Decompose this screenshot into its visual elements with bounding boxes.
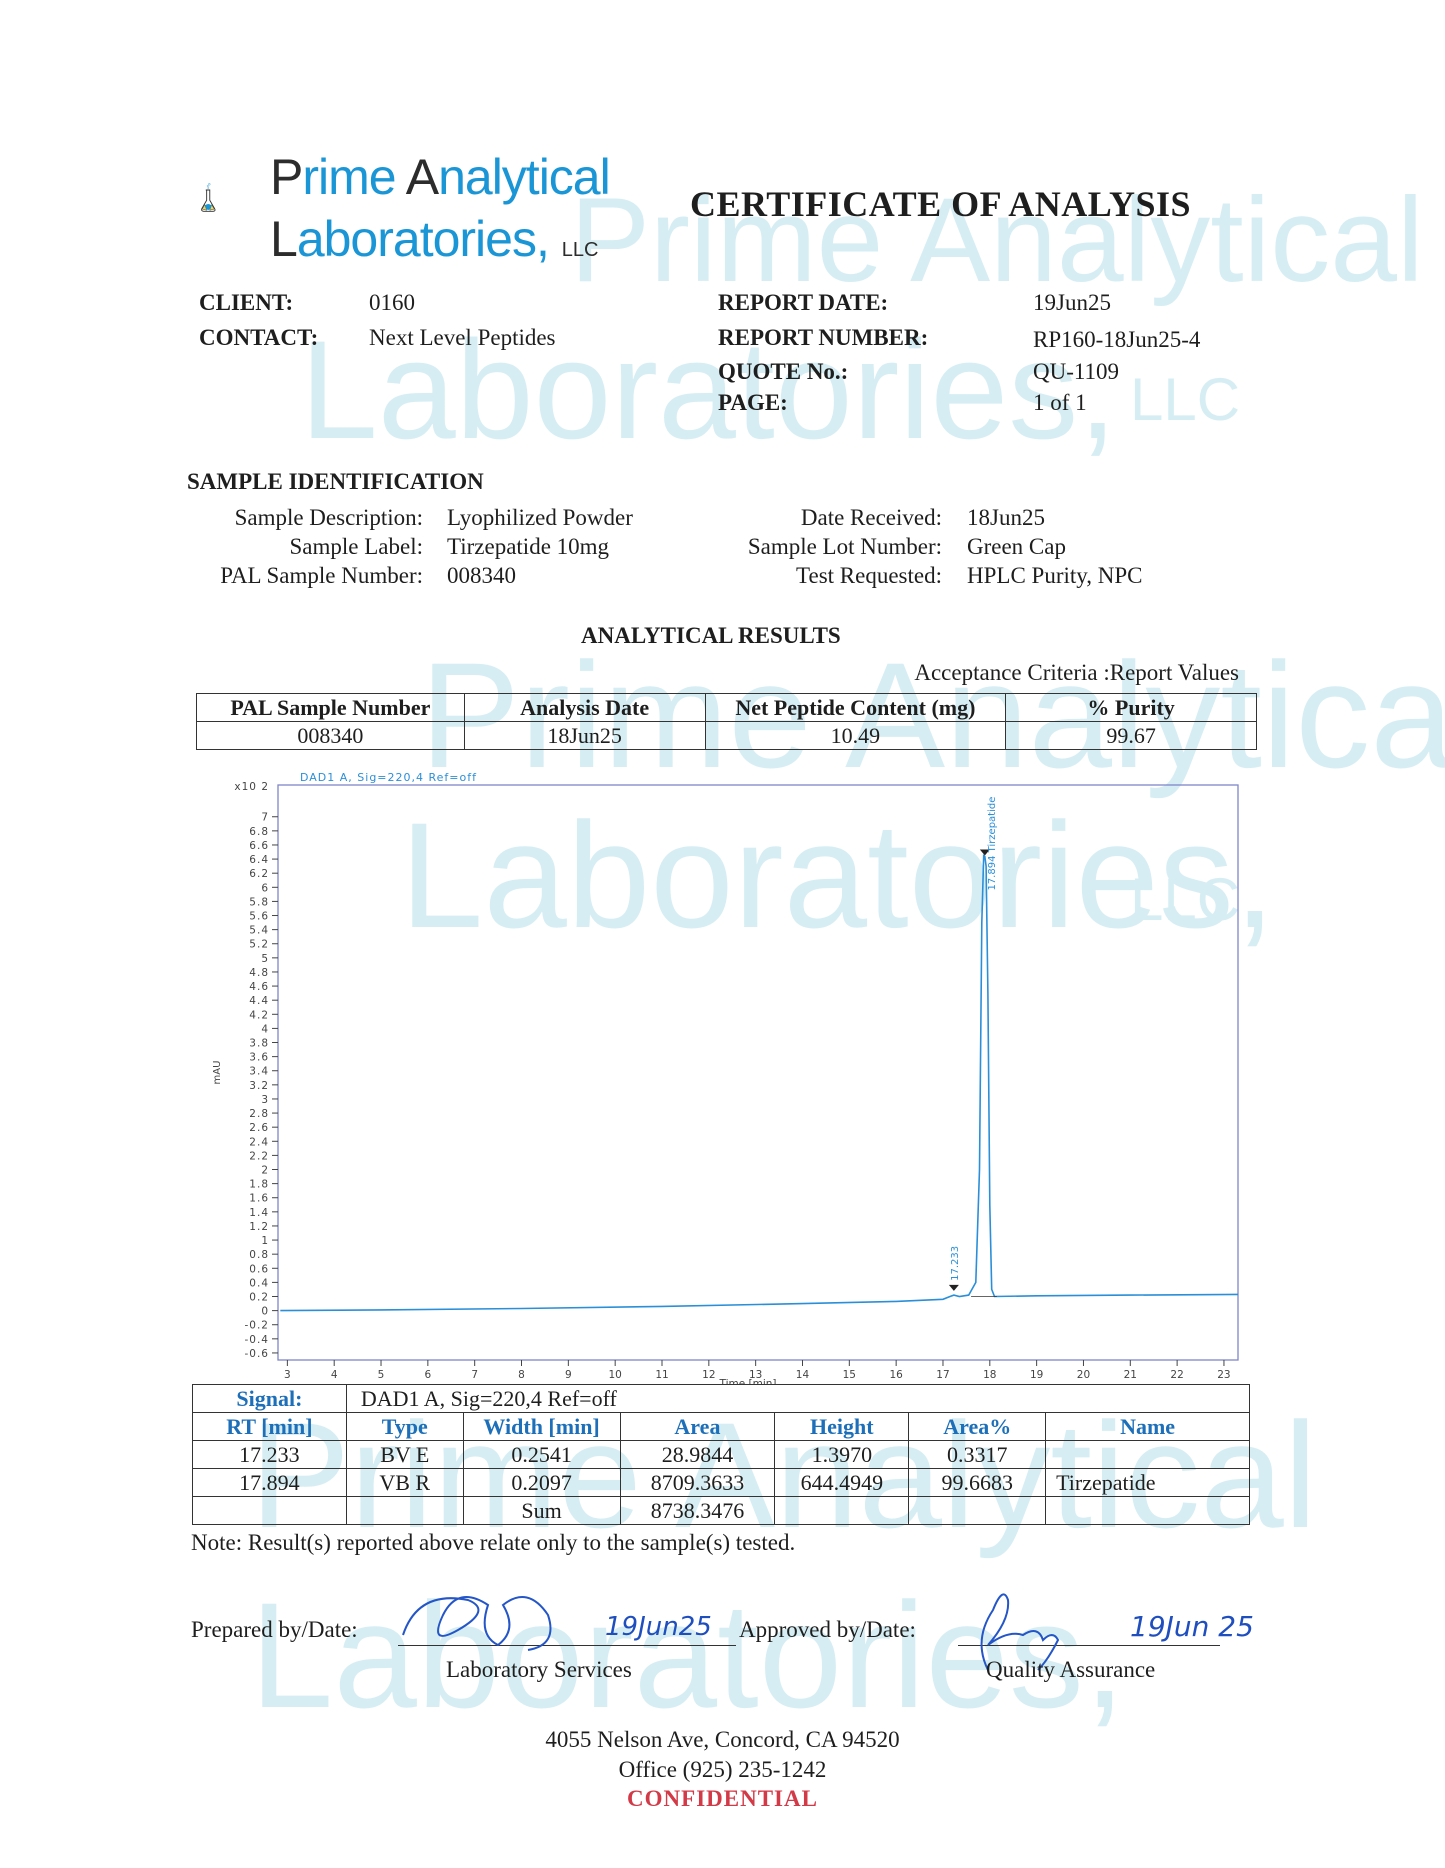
footer-phone: Office (925) 235-1242 (0, 1757, 1445, 1783)
sum-label: Sum (463, 1497, 620, 1525)
table-row: 008340 18Jun25 10.49 99.67 (197, 722, 1257, 750)
flask-logo-icon (200, 128, 280, 268)
x-tick-label: 9 (565, 1369, 572, 1381)
page-label: PAGE: (718, 390, 788, 416)
y-tick-label: -0.6 (245, 1348, 270, 1360)
table-cell (193, 1497, 347, 1525)
y-tick-label: 4 (261, 1023, 269, 1035)
pal-sample-number-label: PAL Sample Number: (220, 563, 423, 589)
peak-label: 17.894 Tirzepatide (987, 797, 998, 891)
table-cell: Tirzepatide (1046, 1469, 1250, 1497)
test-requested-label: Test Requested: (796, 563, 942, 589)
x-tick-label: 17 (936, 1369, 949, 1381)
table-cell: VB R (346, 1469, 463, 1497)
x-tick-label: 8 (518, 1369, 525, 1381)
y-tick-label: 5 (261, 953, 269, 965)
quote-label: QUOTE No.: (718, 359, 848, 385)
page-value: 1 of 1 (1033, 390, 1087, 416)
sample-label-value: Tirzepatide 10mg (447, 534, 609, 560)
sum-value: 8738.3476 (620, 1497, 775, 1525)
x-tick-label: 16 (889, 1369, 903, 1381)
column-header: RT [min] (193, 1413, 347, 1441)
contact-value: Next Level Peptides (369, 325, 556, 351)
logo-line1: Prime Analytical (270, 152, 610, 202)
table-cell: 0.2097 (463, 1469, 620, 1497)
table-cell: 0.3317 (909, 1441, 1046, 1469)
table-cell: 17.894 (193, 1469, 347, 1497)
x-tick-label: 7 (471, 1369, 478, 1381)
x-tick-label: 4 (331, 1369, 338, 1381)
prepared-date-handwritten: 19Jun25 (605, 1612, 712, 1642)
y-tick-label: -0.2 (245, 1320, 270, 1332)
table-cell: BV E (346, 1441, 463, 1469)
column-header: Area (620, 1413, 775, 1441)
document-title: CERTIFICATE OF ANALYSIS (690, 183, 1191, 225)
x-tick-label: 22 (1170, 1369, 1183, 1381)
y-tick-label: 3.4 (249, 1066, 269, 1078)
results-note: Note: Result(s) reported above relate on… (191, 1530, 795, 1556)
y-tick-label: 6.2 (249, 868, 269, 880)
x-tick-label: 11 (655, 1369, 668, 1381)
y-tick-label: 1.8 (249, 1179, 269, 1191)
table-cell: 28.9844 (620, 1441, 775, 1469)
y-tick-label: 0 (261, 1306, 269, 1318)
y-tick-label: 6.6 (249, 840, 269, 852)
x-tick-label: 10 (608, 1369, 621, 1381)
y-tick-label: 2.4 (249, 1136, 269, 1148)
contact-label: CONTACT: (199, 325, 318, 351)
column-header: Width [min] (463, 1413, 620, 1441)
confidential-label: CONFIDENTIAL (0, 1786, 1445, 1812)
table-cell (909, 1497, 1046, 1525)
table-row: 17.233 BV E 0.2541 28.9844 1.3970 0.3317 (193, 1441, 1250, 1469)
y-multiplier-label: x10 2 (234, 781, 269, 793)
client-value: 0160 (369, 290, 415, 316)
y-axis-label: mAU (212, 1061, 223, 1085)
y-tick-label: 3 (261, 1094, 269, 1106)
results-header-row: PAL Sample Number Analysis Date Net Pept… (197, 694, 1257, 722)
column-header: Type (346, 1413, 463, 1441)
x-tick-label: 21 (1124, 1369, 1137, 1381)
table-cell: 17.233 (193, 1441, 347, 1469)
table-cell (346, 1497, 463, 1525)
x-tick-label: 20 (1077, 1369, 1090, 1381)
y-tick-label: 2.2 (249, 1150, 269, 1162)
client-label: CLIENT: (199, 290, 293, 316)
column-header: Analysis Date (464, 694, 705, 722)
approved-date-handwritten: 19Jun 25 (1130, 1610, 1254, 1643)
column-header: Area% (909, 1413, 1046, 1441)
signal-row: Signal: DAD1 A, Sig=220,4 Ref=off (193, 1385, 1250, 1413)
analytical-results-heading: ANALYTICAL RESULTS (581, 623, 841, 649)
table-cell: 8709.3633 (620, 1469, 775, 1497)
table-row: 17.894 VB R 0.2097 8709.3633 644.4949 99… (193, 1469, 1250, 1497)
y-tick-label: 4.4 (249, 995, 269, 1007)
sample-description-value: Lyophilized Powder (447, 505, 633, 531)
approved-role: Quality Assurance (986, 1657, 1155, 1683)
x-tick-label: 18 (983, 1369, 996, 1381)
pal-sample-number-value: 008340 (447, 563, 516, 589)
column-header: Name (1046, 1413, 1250, 1441)
sample-lot-number-value: Green Cap (967, 534, 1066, 560)
table-cell: 99.67 (1006, 722, 1257, 750)
y-tick-label: 2.6 (249, 1122, 269, 1134)
y-tick-label: 1.6 (249, 1193, 269, 1205)
results-table: PAL Sample Number Analysis Date Net Pept… (196, 693, 1257, 750)
y-tick-label: 5.2 (249, 939, 269, 951)
report-number-value: RP160-18Jun25-4 (1033, 327, 1200, 353)
y-tick-label: 5.4 (249, 925, 269, 937)
peak-table: Signal: DAD1 A, Sig=220,4 Ref=off RT [mi… (192, 1384, 1250, 1525)
signal-label: Signal: (193, 1385, 347, 1413)
acceptance-criteria: Acceptance Criteria :Report Values (914, 660, 1239, 686)
y-tick-label: 0.8 (249, 1249, 269, 1261)
column-header: Net Peptide Content (mg) (705, 694, 1006, 722)
column-header: PAL Sample Number (197, 694, 465, 722)
approved-by-label: Approved by/Date: (739, 1617, 916, 1643)
y-tick-label: 0.4 (249, 1277, 269, 1289)
y-tick-label: 5.8 (249, 896, 269, 908)
table-cell: 99.6683 (909, 1469, 1046, 1497)
peak-marker-icon (949, 1285, 959, 1291)
y-tick-label: 4.6 (249, 981, 269, 993)
x-tick-label: 23 (1217, 1369, 1230, 1381)
table-cell: 0.2541 (463, 1441, 620, 1469)
y-tick-label: 4.2 (249, 1009, 269, 1021)
x-tick-label: 5 (378, 1369, 385, 1381)
test-requested-value: HPLC Purity, NPC (967, 563, 1143, 589)
signal-value: DAD1 A, Sig=220,4 Ref=off (346, 1385, 1249, 1413)
sample-lot-number-label: Sample Lot Number: (748, 534, 942, 560)
table-cell: 644.4949 (775, 1469, 909, 1497)
logo-line2: Laboratories, LLC (270, 214, 598, 264)
y-tick-label: 4.8 (249, 967, 269, 979)
y-tick-label: 2 (261, 1165, 269, 1177)
y-tick-label: 6 (261, 882, 269, 894)
y-tick-label: 3.6 (249, 1052, 269, 1064)
watermark-text: LLC (1130, 370, 1240, 430)
x-tick-label: 14 (796, 1369, 810, 1381)
y-tick-label: 6.8 (249, 826, 269, 838)
chart-title: DAD1 A, Sig=220,4 Ref=off (300, 771, 477, 784)
y-tick-label: 1.4 (249, 1207, 269, 1219)
footer-address: 4055 Nelson Ave, Concord, CA 94520 (0, 1727, 1445, 1753)
column-header: Height (775, 1413, 909, 1441)
x-tick-label: 12 (702, 1369, 715, 1381)
table-cell (1046, 1441, 1250, 1469)
sample-description-label: Sample Description: (235, 505, 423, 531)
plot-frame (278, 785, 1238, 1360)
y-tick-label: 1 (261, 1235, 269, 1247)
y-tick-label: 3.8 (249, 1038, 269, 1050)
y-tick-label: 6.4 (249, 854, 269, 866)
y-tick-label: 7 (261, 812, 269, 824)
table-cell: 008340 (197, 722, 465, 750)
report-number-label: REPORT NUMBER: (718, 325, 928, 351)
date-received-label: Date Received: (801, 505, 942, 531)
table-cell (1046, 1497, 1250, 1525)
y-tick-label: 2.8 (249, 1108, 269, 1120)
peak-header-row: RT [min] Type Width [min] Area Height Ar… (193, 1413, 1250, 1441)
report-date-label: REPORT DATE: (718, 290, 888, 316)
y-tick-label: 5.6 (249, 911, 269, 923)
y-tick-label: 0.6 (249, 1263, 269, 1275)
prepared-signature-icon (398, 1575, 598, 1665)
y-tick-label: 3.2 (249, 1080, 269, 1092)
y-tick-label: 1.2 (249, 1221, 269, 1233)
x-tick-label: 15 (843, 1369, 856, 1381)
sample-identification-heading: SAMPLE IDENTIFICATION (187, 469, 484, 495)
prepared-by-label: Prepared by/Date: (191, 1617, 358, 1643)
quote-value: QU-1109 (1033, 359, 1119, 385)
table-cell: 10.49 (705, 722, 1006, 750)
column-header: % Purity (1006, 694, 1257, 722)
report-date-value: 19Jun25 (1033, 290, 1111, 316)
table-cell: 1.3970 (775, 1441, 909, 1469)
table-cell (775, 1497, 909, 1525)
y-tick-label: 0.2 (249, 1292, 269, 1304)
x-tick-label: 3 (284, 1369, 291, 1381)
sample-label-label: Sample Label: (290, 534, 424, 560)
date-received-value: 18Jun25 (967, 505, 1045, 531)
peak-label: 17.233 (950, 1246, 961, 1281)
chromatogram-chart: DAD1 A, Sig=220,4 Ref=off-0.6-0.4-0.200.… (200, 770, 1260, 1385)
y-tick-label: -0.4 (245, 1334, 270, 1346)
table-cell: 18Jun25 (464, 722, 705, 750)
prepared-role: Laboratory Services (446, 1657, 632, 1683)
chromatogram-trace (280, 856, 1238, 1311)
sum-row: Sum 8738.3476 (193, 1497, 1250, 1525)
x-tick-label: 6 (425, 1369, 432, 1381)
x-tick-label: 19 (1030, 1369, 1043, 1381)
